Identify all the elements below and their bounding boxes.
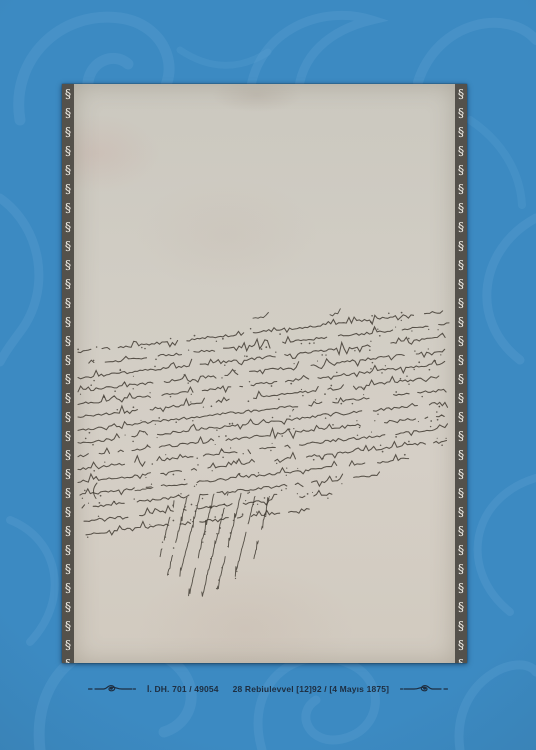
manuscript-paper — [74, 84, 455, 663]
document-date: 28 Rebiulevvel [12]92 / [4 Mayıs 1875] — [233, 684, 389, 694]
caption: İ. DH. 701 / 49054 28 Rebiulevvel [12]92… — [0, 681, 536, 697]
ornament-border-right: § § § § § § § § § § § § § § § § § § § § … — [455, 84, 467, 663]
document-scan: § § § § § § § § § § § § § § § § § § § § … — [62, 84, 467, 663]
handwritten-ottoman-text — [74, 84, 455, 663]
archive-reference: İ. DH. 701 / 49054 — [147, 684, 219, 694]
flourish-right-icon — [400, 684, 448, 694]
ornament-border-left: § § § § § § § § § § § § § § § § § § § § … — [62, 84, 74, 663]
book-page: § § § § § § § § § § § § § § § § § § § § … — [0, 0, 536, 750]
flourish-left-icon — [88, 684, 136, 694]
